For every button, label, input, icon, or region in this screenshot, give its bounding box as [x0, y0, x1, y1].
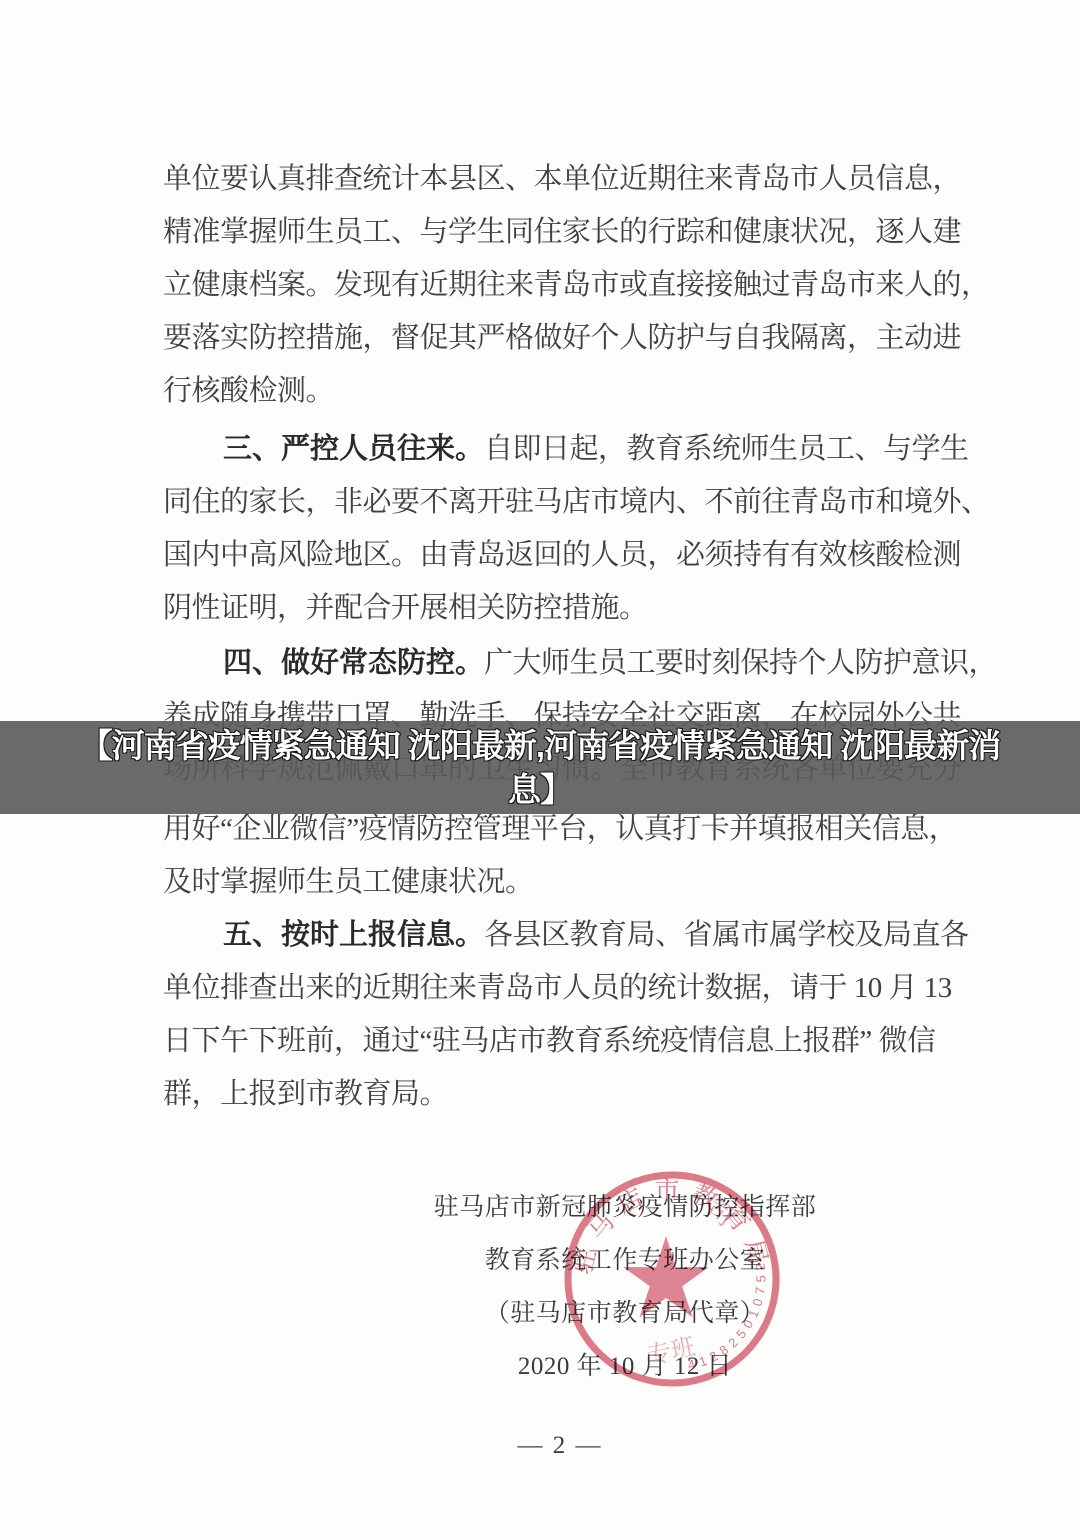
document-line: 阴性证明，并配合开展相关防控措施。: [163, 582, 973, 635]
document-line: 三、严控人员往来。自即日起，教育系统师生员工、与学生: [163, 423, 973, 476]
line-text: 阴性证明，并配合开展相关防控措施。: [163, 592, 648, 624]
document-line: 及时掌握师生员工健康状况。: [163, 856, 973, 909]
line-text: 及时掌握师生员工健康状况。: [163, 866, 534, 898]
line-text: 日下午下班前，通过“驻马店市教育系统疫情信息上报群” 微信: [163, 1025, 936, 1057]
document-line: 行核酸检测。: [163, 365, 973, 418]
signature-line: 驻马店市新冠肺炎疫情防控指挥部: [300, 1181, 950, 1234]
line-text: 单位排查出来的近期往来青岛市人员的统计数据，请于 10 月 13: [163, 972, 952, 1004]
signature-line: （驻马店市教育局代章）: [300, 1287, 950, 1340]
document-line: 单位要认真排查统计本县区、本单位近期往来青岛市人员信息，: [163, 153, 973, 206]
overlay-title-line1: 【河南省疫情紧急通知 沈阳最新,河南省疫情紧急通知 沈阳最新消: [80, 724, 1001, 768]
page-number: — 2 —: [20, 1432, 1080, 1464]
section-heading: 三、严控人员往来。: [223, 433, 484, 465]
document-line: 五、按时上报信息。各县区教育局、省属市属学校及局直各: [163, 909, 973, 962]
overlay-title-line2: 息】: [508, 768, 572, 812]
signature-block: 驻马店市新冠肺炎疫情防控指挥部教育系统工作专班办公室（驻马店市教育局代章）202…: [300, 1181, 950, 1393]
signature-line: 教育系统工作专班办公室: [300, 1234, 950, 1287]
document-line: 要落实防控措施，督促其严格做好个人防护与自我隔离，主动进: [163, 312, 973, 365]
line-text: 精准掌握师生员工、与学生同住家长的行踪和健康状况，逐人建: [163, 216, 961, 248]
line-text: 单位要认真排查统计本县区、本单位近期往来青岛市人员信息，: [163, 163, 961, 195]
document-line: 群，上报到市教育局。: [163, 1068, 973, 1121]
line-text: 群，上报到市教育局。: [163, 1078, 448, 1110]
signature-line: 2020 年 10 月 12 日: [300, 1340, 950, 1393]
line-text: 行核酸检测。: [163, 375, 334, 407]
line-text: 要落实防控措施，督促其严格做好个人防护与自我隔离，主动进: [163, 322, 961, 354]
document-line: 四、做好常态防控。广大师生员工要时刻保持个人防护意识，: [163, 637, 973, 690]
document-body: 单位要认真排查统计本县区、本单位近期往来青岛市人员信息，精准掌握师生员工、与学生…: [163, 153, 973, 1121]
document-line: 精准掌握师生员工、与学生同住家长的行踪和健康状况，逐人建: [163, 206, 973, 259]
section-heading: 五、按时上报信息。: [223, 919, 484, 951]
line-text: 同住的家长，非必要不离开驻马店市境内、不前往青岛市和境外、: [163, 486, 990, 518]
document-line: 单位排查出来的近期往来青岛市人员的统计数据，请于 10 月 13: [163, 962, 973, 1015]
line-text: 国内中高风险地区。由青岛返回的人员，必须持有有效核酸检测: [163, 539, 961, 571]
section-heading: 四、做好常态防控。: [223, 647, 484, 679]
overlay-title-band: 【河南省疫情紧急通知 沈阳最新,河南省疫情紧急通知 沈阳最新消 息】: [0, 721, 1080, 814]
line-text: 立健康档案。发现有近期往来青岛市或直接接触过青岛市来人的，: [163, 269, 990, 301]
line-text: 各县区教育局、省属市属学校及局直各: [484, 919, 969, 951]
line-text: 自即日起，教育系统师生员工、与学生: [484, 433, 969, 465]
document-line: 国内中高风险地区。由青岛返回的人员，必须持有有效核酸检测: [163, 529, 973, 582]
scanned-notice-page: 单位要认真排查统计本县区、本单位近期往来青岛市人员信息，精准掌握师生员工、与学生…: [0, 0, 1080, 1540]
document-line: 同住的家长，非必要不离开驻马店市境内、不前往青岛市和境外、: [163, 476, 973, 529]
document-line: 日下午下班前，通过“驻马店市教育系统疫情信息上报群” 微信: [163, 1015, 973, 1068]
line-text: 广大师生员工要时刻保持个人防护意识，: [484, 647, 997, 679]
line-text: 用好“企业微信”疫情防控管理平台，认真打卡并填报相关信息，: [163, 813, 957, 845]
document-line: 立健康档案。发现有近期往来青岛市或直接接触过青岛市来人的，: [163, 259, 973, 312]
